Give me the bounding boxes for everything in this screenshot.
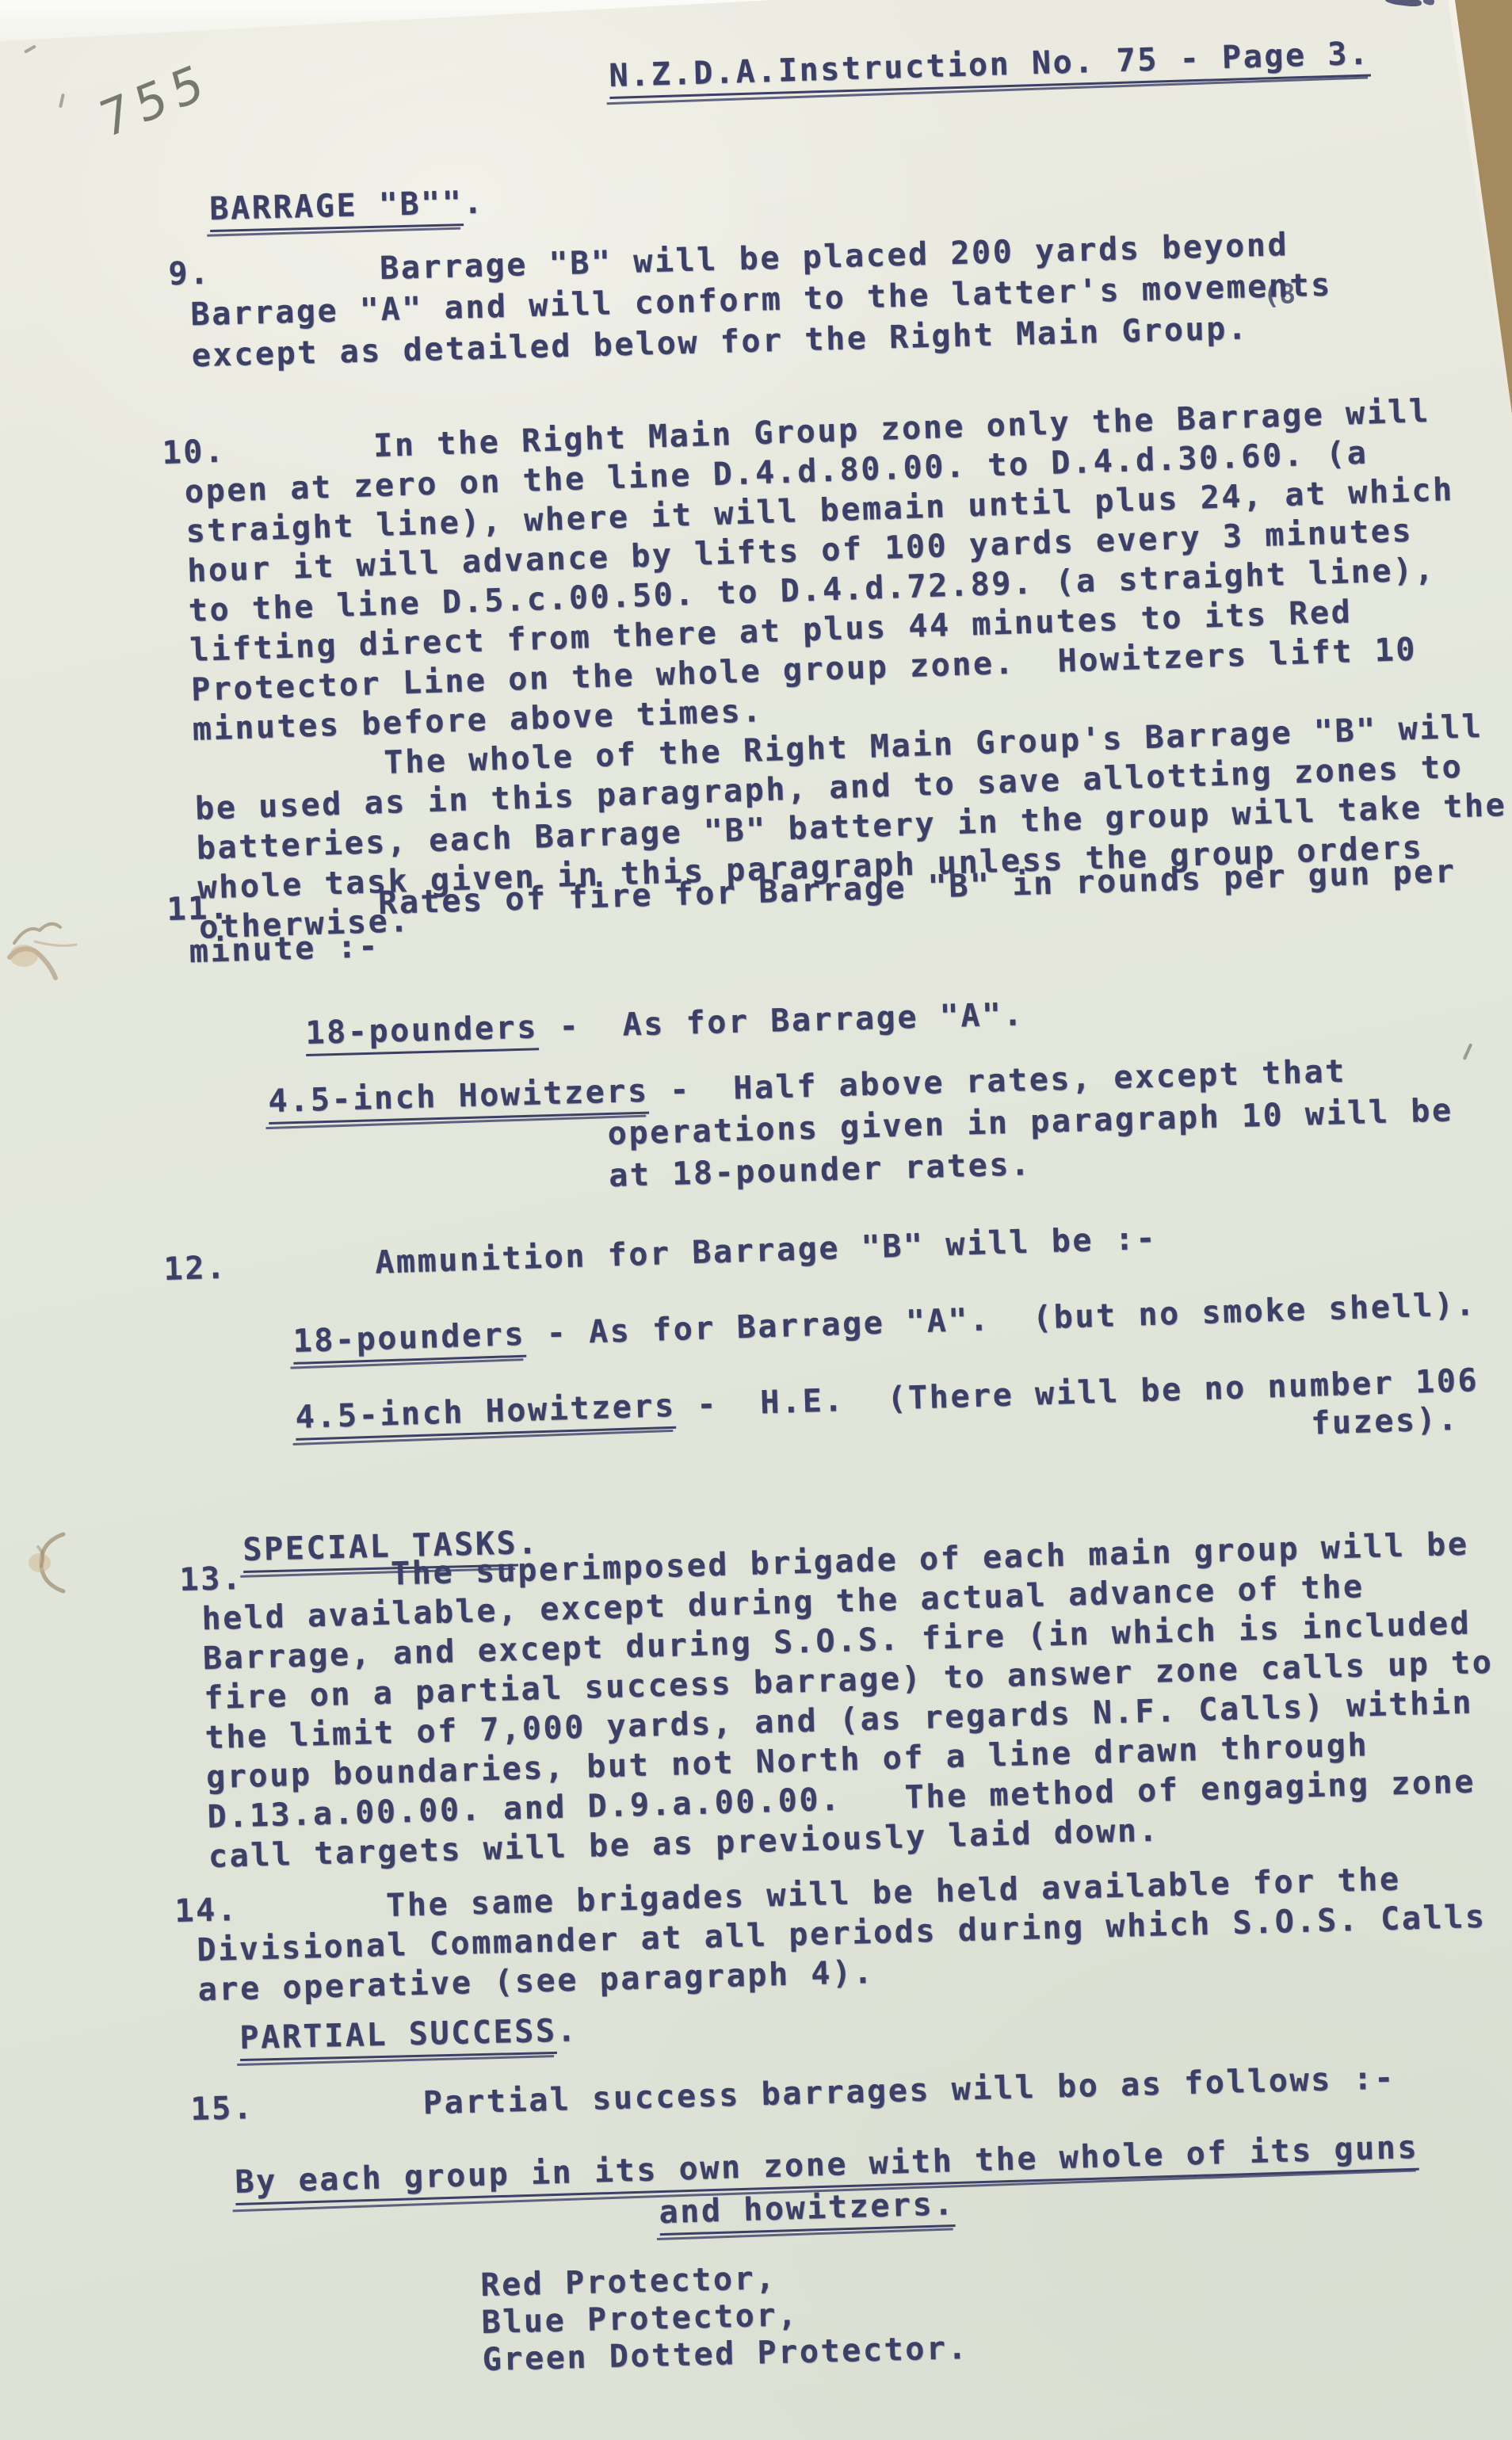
text-segment: [166, 1323, 293, 1364]
text-line: BARRAGE "B"".: [209, 187, 485, 235]
typed-text-layer: N.Z.D.A.Instruction No. 75 - Page 3.BARR…: [0, 0, 1512, 2440]
text-segment: Blue Protector,: [481, 2297, 799, 2341]
rate-18-pounders: 18-pounders - As for Barrage "A".: [305, 999, 1025, 1057]
paragraph-9: 9. Barrage "B" will be placed 200 yards …: [168, 228, 1334, 382]
text-line: Green Dotted Protector.: [482, 2332, 969, 2381]
underlined-text: PARTIAL SUCCESS: [239, 2013, 557, 2061]
text-line: PARTIAL SUCCESS.: [239, 2014, 578, 2064]
text-segment: Red Protector,: [480, 2260, 777, 2304]
underlined-text: 18-pounders: [305, 1009, 539, 1056]
underlined-text: 18-pounders: [292, 1316, 526, 1365]
text-segment: [168, 1399, 296, 1440]
text-line: 18-pounders - As for Barrage "A".: [305, 999, 1025, 1057]
underlined-text: and howitzers.: [659, 2186, 956, 2236]
heading-barrage-b: BARRAGE "B"".: [209, 187, 485, 235]
heading-partial-success: PARTIAL SUCCESS.: [239, 2014, 578, 2064]
text-segment: .: [463, 185, 485, 222]
protector-list: Red Protector,Blue Protector,Green Dotte…: [480, 2258, 969, 2381]
text-line: 15. Partial success barrages will bo as …: [190, 2062, 1396, 2135]
text-line: N.Z.D.A.Instruction No. 75 - Page 3.: [609, 38, 1371, 101]
paragraph-12: 12. Ammunition for Barrage "B" will be :…: [163, 1212, 1481, 1482]
underlined-text: BARRAGE "B"": [209, 185, 464, 232]
underlined-text: 4.5-inch Howitzers: [268, 1073, 650, 1125]
paragraph-15: 15. Partial success barrages will bo as …: [190, 2062, 1396, 2135]
paragraph-14: 14. The same brigades will be held avail…: [174, 1862, 1488, 2014]
text-segment: - As for Barrage "A".: [537, 996, 1025, 1045]
text-segment: 15. Partial success barrages will bo as …: [190, 2060, 1396, 2128]
document-photo: { "page": { "paper_color": "#e4e6dc", "i…: [0, 0, 1512, 2440]
page-title: N.Z.D.A.Instruction No. 75 - Page 3.: [609, 38, 1371, 101]
paragraph-13: 13. The superimposed brigade of each mai…: [179, 1528, 1499, 1881]
rate-45-howitzers: 4.5-inch Howitzers - Half above rates, e…: [268, 1052, 1455, 1212]
text-segment: minute :-: [168, 928, 380, 971]
underlined-text: N.Z.D.A.Instruction No. 75 - Page 3.: [609, 36, 1371, 99]
partial-success-rule: By each group in its own zone with the w…: [235, 2132, 1421, 2252]
text-segment: .: [556, 2012, 578, 2049]
